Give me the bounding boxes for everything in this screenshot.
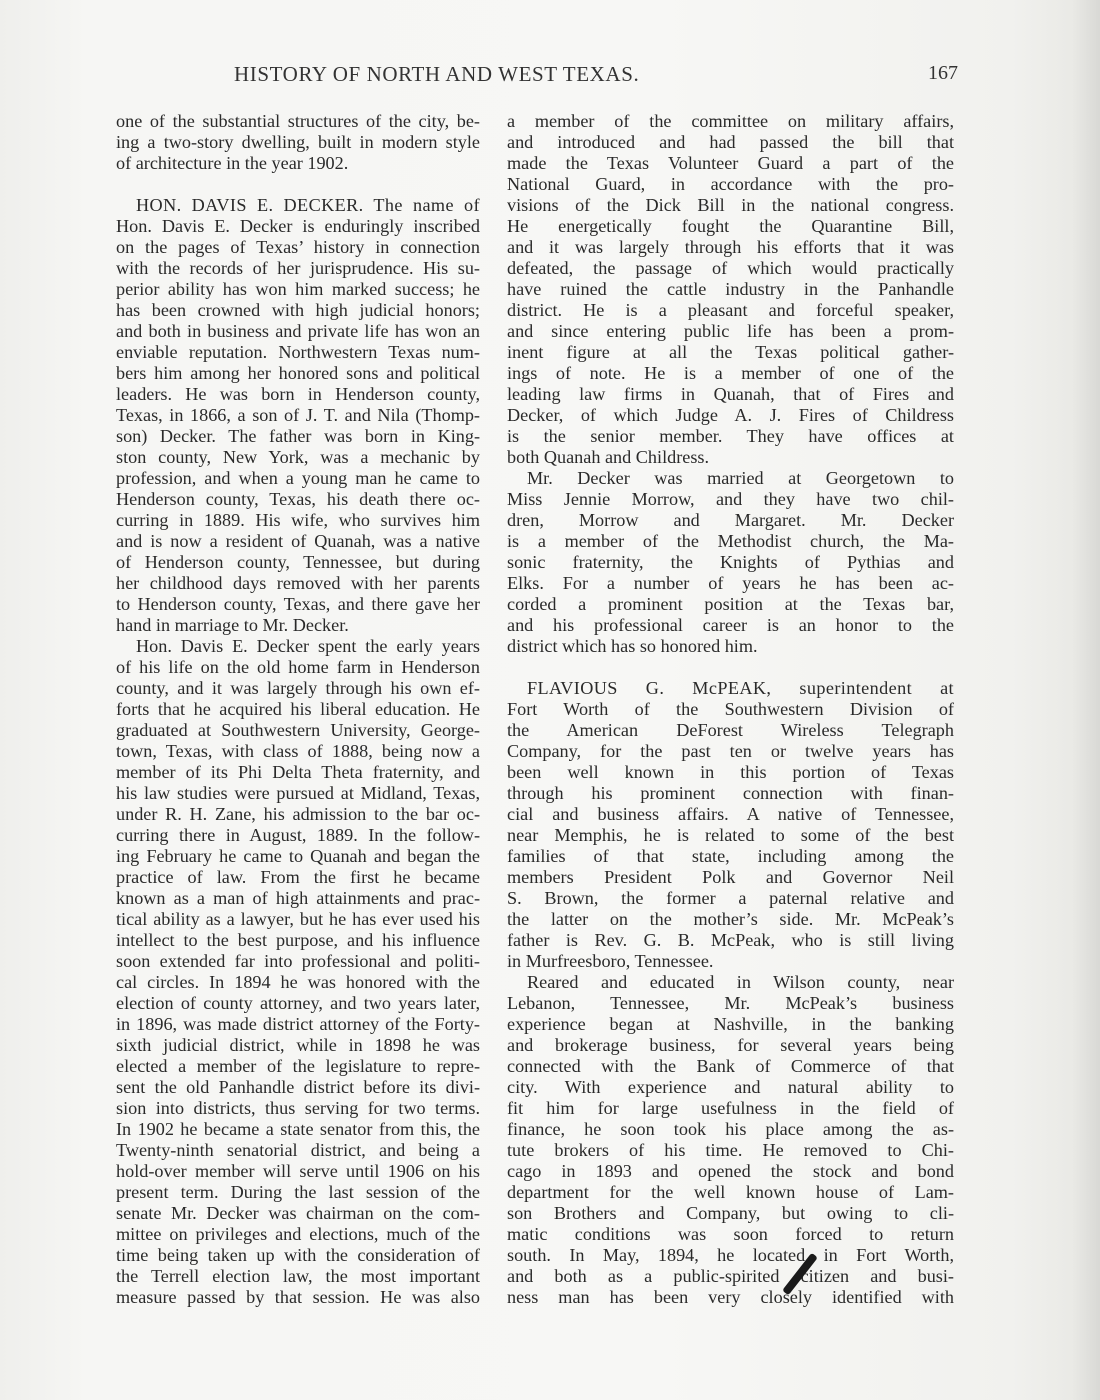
text-line: and both in business and private life ha…: [116, 321, 480, 342]
text-line: hold-over member will serve until 1906 o…: [116, 1161, 480, 1182]
left-column: one of the substantial structures of the…: [116, 111, 480, 1308]
text-line: been well known in this portion of Texas: [507, 762, 954, 783]
text-line: of architecture in the year 1902.: [116, 153, 480, 174]
text-line: ness man has been very closely identifie…: [507, 1287, 954, 1308]
entry-decker: HON. DAVIS E. DECKER. The name of Hon. D…: [116, 195, 480, 636]
right-column: a member of the committee on military af…: [507, 111, 954, 1308]
text-line: sonic fraternity, the Knights of Pythias…: [507, 552, 954, 573]
text-line: cial and business affairs. A native of T…: [507, 804, 954, 825]
text-line: mittee on privileges and elections, much…: [116, 1224, 480, 1245]
text-line: of Henderson county, Tennessee, but duri…: [116, 552, 480, 573]
text-line: under R. H. Zane, his admission to the b…: [116, 804, 480, 825]
text-line: Hon. Davis E. Decker spent the early yea…: [116, 636, 480, 657]
text-line: is the senior member. They have offices …: [507, 426, 954, 447]
text-line: and both as a public-spirited citizen an…: [507, 1266, 954, 1287]
text-line: the latter on the mother’s side. Mr. McP…: [507, 909, 954, 930]
text-line: senate Mr. Decker was chairman on the co…: [116, 1203, 480, 1224]
text-line: ings of note. He is a member of one of t…: [507, 363, 954, 384]
text-line: fit him for large usefulness in the fiel…: [507, 1098, 954, 1119]
page-edge-shadow: [1072, 0, 1100, 1400]
text-line: father is Rev. G. B. McPeak, who is stil…: [507, 930, 954, 951]
text-line: In 1902 he became a state senator from t…: [116, 1119, 480, 1140]
text-line: enviable reputation. Northwestern Texas …: [116, 342, 480, 363]
text-line: Company, for the past ten or twelve year…: [507, 741, 954, 762]
text-line: his law studies were pursued at Midland,…: [116, 783, 480, 804]
paragraph-decker-family: Mr. Decker was married at Georgetown to …: [507, 468, 954, 657]
text-line: sent the old Panhandle district before i…: [116, 1077, 480, 1098]
text-line: to Henderson county, Texas, and there ga…: [116, 594, 480, 615]
text-line: finance, he soon took his place among th…: [507, 1119, 954, 1140]
text-line: election of county attorney, and two yea…: [116, 993, 480, 1014]
text-line: Henderson county, Texas, his death there…: [116, 489, 480, 510]
text-line: perior ability has won him marked succes…: [116, 279, 480, 300]
text-line: district which has so honored him.: [507, 636, 954, 657]
text-line: town, Texas, with class of 1888, being n…: [116, 741, 480, 762]
continuation-paragraph: a member of the committee on military af…: [507, 111, 954, 468]
text-line: visions of the Dick Bill in the national…: [507, 195, 954, 216]
page-number: 167: [928, 62, 958, 85]
text-line: district. He is a pleasant and forceful …: [507, 300, 954, 321]
text-line: Elks. For a number of years he has been …: [507, 573, 954, 594]
text-line: tute brokers of his time. He removed to …: [507, 1140, 954, 1161]
section-gap: [116, 174, 480, 195]
paragraph-decker-education: Hon. Davis E. Decker spent the early yea…: [116, 636, 480, 1308]
text-line: on the pages of Texas’ history in connec…: [116, 237, 480, 258]
text-line: sion into districts, thus serving for tw…: [116, 1098, 480, 1119]
text-line: time being taken up with the considerati…: [116, 1245, 480, 1266]
text-line: tical ability as a lawyer, but he has ev…: [116, 909, 480, 930]
text-line: elected a member of the legislature to r…: [116, 1056, 480, 1077]
text-line: Decker, of which Judge A. J. Fires of Ch…: [507, 405, 954, 426]
text-line: and his professional career is an honor …: [507, 615, 954, 636]
text-line: sixth judicial district, while in 1898 h…: [116, 1035, 480, 1056]
text-line: department for the well known house of L…: [507, 1182, 954, 1203]
text-line: dren, Morrow and Margaret. Mr. Decker: [507, 510, 954, 531]
text-line: hand in marriage to Mr. Decker.: [116, 615, 480, 636]
text-line: in Murfreesboro, Tennessee.: [507, 951, 954, 972]
text-line: defeated, the passage of which would pra…: [507, 258, 954, 279]
text-line: families of that state, including among …: [507, 846, 954, 867]
text-line: graduated at Southwestern University, Ge…: [116, 720, 480, 741]
text-line: soon extended far into professional and …: [116, 951, 480, 972]
text-line: a member of the committee on military af…: [507, 111, 954, 132]
text-line: inent figure at all the Texas political …: [507, 342, 954, 363]
text-line: He energetically fought the Quarantine B…: [507, 216, 954, 237]
text-line: measure passed by that session. He was a…: [116, 1287, 480, 1308]
text-line: present term. During the last session of…: [116, 1182, 480, 1203]
text-line: Miss Jennie Morrow, and they have two ch…: [507, 489, 954, 510]
running-title: HISTORY OF NORTH AND WEST TEXAS.: [234, 62, 639, 87]
entry-mcpeak: FLAVIOUS G. McPEAK, superintendent at Fo…: [507, 678, 954, 972]
text-line: through his prominent connection with fi…: [507, 783, 954, 804]
text-line: with the records of her jurisprudence. H…: [116, 258, 480, 279]
text-line: member of its Phi Delta Theta fraternity…: [116, 762, 480, 783]
text-line: her childhood days removed with her pare…: [116, 573, 480, 594]
text-line: Lebanon, Tennessee, Mr. McPeak’s busines…: [507, 993, 954, 1014]
text-line: son) Decker. The father was born in King…: [116, 426, 480, 447]
text-line: and introduced and had passed the bill t…: [507, 132, 954, 153]
text-line: son Brothers and Company, but owing to c…: [507, 1203, 954, 1224]
text-line: county, and it was largely through his o…: [116, 678, 480, 699]
text-line: S. Brown, the former a paternal relative…: [507, 888, 954, 909]
text-line: intellect to the best purpose, and his i…: [116, 930, 480, 951]
entry-heading-line: FLAVIOUS G. McPEAK, superintendent at: [507, 678, 954, 699]
text-line: Mr. Decker was married at Georgetown to: [507, 468, 954, 489]
text-line: of his life on the old home farm in Hend…: [116, 657, 480, 678]
text-line: made the Texas Volunteer Guard a part of…: [507, 153, 954, 174]
text-line: Reared and educated in Wilson county, ne…: [507, 972, 954, 993]
text-line: leaders. He was born in Henderson county…: [116, 384, 480, 405]
text-line: corded a prominent position at the Texas…: [507, 594, 954, 615]
text-line: in 1896, was made district attorney of t…: [116, 1014, 480, 1035]
text-line: Twenty-ninth senatorial district, and be…: [116, 1140, 480, 1161]
text-line: Hon. Davis E. Decker is enduringly inscr…: [116, 216, 480, 237]
text-line: the Terrell election law, the most impor…: [116, 1266, 480, 1287]
text-line: ing February he came to Quanah and began…: [116, 846, 480, 867]
text-line: experience began at Nashville, in the ba…: [507, 1014, 954, 1035]
section-gap: [507, 657, 954, 678]
text-line: and brokerage business, for several year…: [507, 1035, 954, 1056]
text-line: known as a man of high attainments and p…: [116, 888, 480, 909]
text-line: National Guard, in accordance with the p…: [507, 174, 954, 195]
book-page: HISTORY OF NORTH AND WEST TEXAS. 167 one…: [0, 0, 1100, 1400]
text-line: and since entering public life has been …: [507, 321, 954, 342]
text-line: is a member of the Methodist church, the…: [507, 531, 954, 552]
text-line: near Memphis, he is related to some of t…: [507, 825, 954, 846]
text-line: both Quanah and Childress.: [507, 447, 954, 468]
text-line: and is now a resident of Quanah, was a n…: [116, 531, 480, 552]
paragraph-mcpeak-career: Reared and educated in Wilson county, ne…: [507, 972, 954, 1308]
text-line: curring there in August, 1889. In the fo…: [116, 825, 480, 846]
text-line: practice of law. From the first he becam…: [116, 867, 480, 888]
text-line: cago in 1893 and opened the stock and bo…: [507, 1161, 954, 1182]
text-line: cal circles. In 1894 he was honored with…: [116, 972, 480, 993]
running-head: HISTORY OF NORTH AND WEST TEXAS. 167: [0, 62, 1100, 92]
text-line: south. In May, 1894, he located in Fort …: [507, 1245, 954, 1266]
text-line: have ruined the cattle industry in the P…: [507, 279, 954, 300]
entry-heading-line: HON. DAVIS E. DECKER. The name of: [116, 195, 480, 216]
text-line: Fort Worth of the Southwestern Division …: [507, 699, 954, 720]
text-line: and it was largely through his efforts t…: [507, 237, 954, 258]
text-line: forts that he acquired his liberal educa…: [116, 699, 480, 720]
text-line: bers him among her honored sons and poli…: [116, 363, 480, 384]
continuation-paragraph: one of the substantial structures of the…: [116, 111, 480, 174]
text-line: profession, and when a young man he came…: [116, 468, 480, 489]
text-line: ston county, New York, was a mechanic by: [116, 447, 480, 468]
text-line: matic conditions was soon forced to retu…: [507, 1224, 954, 1245]
text-line: Texas, in 1866, a son of J. T. and Nila …: [116, 405, 480, 426]
text-line: city. With experience and natural abilit…: [507, 1077, 954, 1098]
text-line: has been crowned with high judicial hono…: [116, 300, 480, 321]
text-line: curring in 1889. His wife, who survives …: [116, 510, 480, 531]
text-line: leading law firms in Quanah, that of Fir…: [507, 384, 954, 405]
text-line: connected with the Bank of Commerce of t…: [507, 1056, 954, 1077]
text-line: the American DeForest Wireless Telegraph: [507, 720, 954, 741]
text-line: ing a two-story dwelling, built in moder…: [116, 132, 480, 153]
text-line: members President Polk and Governor Neil: [507, 867, 954, 888]
text-line: one of the substantial structures of the…: [116, 111, 480, 132]
